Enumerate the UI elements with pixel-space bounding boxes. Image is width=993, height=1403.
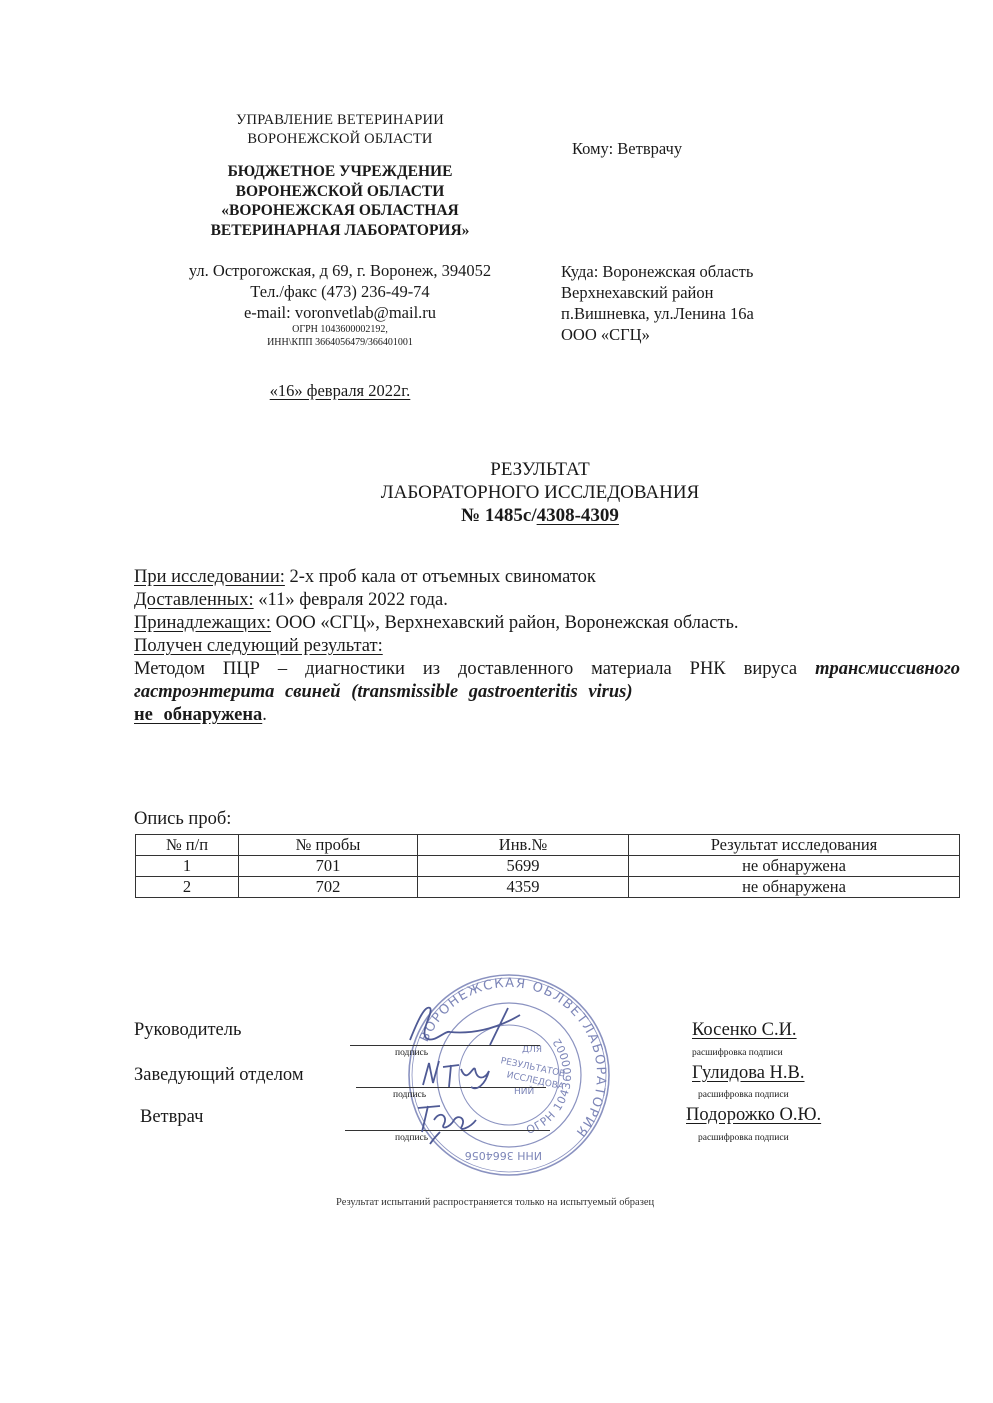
signature-scribble-head-icon xyxy=(390,1000,530,1050)
cell-inventory-number: 4359 xyxy=(418,877,629,898)
sender-address: ул. Острогожская, д 69, г. Воронеж, 3940… xyxy=(140,260,540,281)
signature-name-head: Косенко С.И. xyxy=(692,1020,797,1041)
sender-inn: ИНН\КПП 3664056479/366401001 xyxy=(140,336,540,349)
study-value: 2-х проб кала от отъемных свиноматок xyxy=(285,567,596,587)
document-date-wrap: «16» февраля 2022г. xyxy=(140,380,540,401)
result-number: № 1485с/4308-4309 xyxy=(320,504,760,527)
cell-inventory-number: 5699 xyxy=(418,856,629,877)
result-conclusion: не обнаружена xyxy=(134,705,262,725)
signature-role-vet: Ветврач xyxy=(140,1107,203,1128)
signature-role-department: Заведующий отделом xyxy=(134,1065,304,1086)
samples-caption: Опись проб: xyxy=(134,808,231,831)
result-heading-row: Получен следующий результат: xyxy=(134,635,960,658)
signature-decode-vet: расшифровка подписи xyxy=(698,1133,789,1143)
owner-label: Принадлежащих: xyxy=(134,613,271,633)
authority-header: УПРАВЛЕНИЕ ВЕТЕРИНАРИИ ВОРОНЕЖСКОЙ ОБЛАС… xyxy=(140,111,540,149)
signature-decode-head: расшифровка подписи xyxy=(692,1048,783,1058)
recipient-address: Куда: Воронежская область Верхнехавский … xyxy=(561,261,754,345)
delivered-value: «11» февраля 2022 года. xyxy=(254,590,448,610)
result-number-suffix: 4308-4309 xyxy=(537,505,619,526)
result-period: . xyxy=(262,705,267,725)
organization-name: БЮДЖЕТНОЕ УЧРЕЖДЕНИЕ ВОРОНЕЖСКОЙ ОБЛАСТИ… xyxy=(140,162,540,240)
cell-result: не обнаружена xyxy=(629,877,960,898)
org-line-1: БЮДЖЕТНОЕ УЧРЕЖДЕНИЕ xyxy=(140,162,540,182)
header-sample-number: № пробы xyxy=(239,835,418,856)
signature-scribble-department-icon xyxy=(415,1055,505,1095)
cell-index: 2 xyxy=(136,877,239,898)
cell-index: 1 xyxy=(136,856,239,877)
table-row: 2 702 4359 не обнаружена xyxy=(136,877,960,898)
owner-row: Принадлежащих: ООО «СГЦ», Верхнехавский … xyxy=(134,612,960,635)
sender-ogrn: ОГРН 1043600002192, xyxy=(140,323,540,336)
recipient-line-3: п.Вишневка, ул.Ленина 16а xyxy=(561,303,754,324)
org-line-2: ВОРОНЕЖСКОЙ ОБЛАСТИ xyxy=(140,182,540,202)
study-row: При исследовании: 2-х проб кала от отъем… xyxy=(134,566,960,589)
signature-scribble-vet-icon xyxy=(400,1098,490,1148)
sender-phone: Тел./факс (473) 236-49-74 xyxy=(140,281,540,302)
header-result: Результат исследования xyxy=(629,835,960,856)
authority-line-1: УПРАВЛЕНИЕ ВЕТЕРИНАРИИ xyxy=(140,111,540,130)
header-index: № п/п xyxy=(136,835,239,856)
signature-name-vet: Подорожко О.Ю. xyxy=(686,1105,821,1126)
recipient-line-1: Куда: Воронежская область xyxy=(561,261,754,282)
sender-contacts: ул. Острогожская, д 69, г. Воронеж, 3940… xyxy=(140,260,540,349)
result-number-prefix: № 1485с/ xyxy=(461,505,537,526)
footer-note: Результат испытаний распространяется тол… xyxy=(336,1197,654,1208)
cell-result: не обнаружена xyxy=(629,856,960,877)
org-line-3: «ВОРОНЕЖСКАЯ ОБЛАСТНАЯ xyxy=(140,201,540,221)
study-label: При исследовании: xyxy=(134,567,285,587)
authority-line-2: ВОРОНЕЖСКОЙ ОБЛАСТИ xyxy=(140,130,540,149)
recipient-to: Кому: Ветврачу xyxy=(572,138,682,159)
cell-sample-number: 702 xyxy=(239,877,418,898)
svg-text:ИНН 3664056: ИНН 3664056 xyxy=(465,1149,542,1162)
result-text: Методом ПЦР – диагностики из доставленно… xyxy=(134,659,815,679)
samples-table: № п/п № пробы Инв.№ Результат исследован… xyxy=(135,834,960,898)
owner-value: ООО «СГЦ», Верхнехавский район, Воронежс… xyxy=(271,613,739,633)
signature-name-department: Гулидова Н.В. xyxy=(692,1063,805,1084)
table-header-row: № п/п № пробы Инв.№ Результат исследован… xyxy=(136,835,960,856)
document-date: «16» февраля 2022г. xyxy=(270,381,411,400)
recipient-line-4: ООО «СГЦ» xyxy=(561,324,754,345)
document-title: РЕЗУЛЬТАТ ЛАБОРАТОРНОГО ИССЛЕДОВАНИЯ № 1… xyxy=(320,458,760,527)
delivered-row: Доставленных: «11» февраля 2022 года. xyxy=(134,589,960,612)
org-line-4: ВЕТЕРИНАРНАЯ ЛАБОРАТОРИЯ» xyxy=(140,221,540,241)
table-row: 1 701 5699 не обнаружена xyxy=(136,856,960,877)
result-paragraph: Методом ПЦР – диагностики из доставленно… xyxy=(134,658,960,727)
header-inventory-number: Инв.№ xyxy=(418,835,629,856)
title-line-2: ЛАБОРАТОРНОГО ИССЛЕДОВАНИЯ xyxy=(320,481,760,504)
signature-role-head: Руководитель xyxy=(134,1020,241,1041)
title-line-1: РЕЗУЛЬТАТ xyxy=(320,458,760,481)
signature-decode-department: расшифровка подписи xyxy=(698,1090,789,1100)
result-label: Получен следующий результат: xyxy=(134,636,383,656)
recipient-line-2: Верхнехавский район xyxy=(561,282,754,303)
delivered-label: Доставленных: xyxy=(134,590,254,610)
sender-email: e-mail: voronvetlab@mail.ru xyxy=(140,302,540,323)
study-details: При исследовании: 2-х проб кала от отъем… xyxy=(134,566,960,727)
cell-sample-number: 701 xyxy=(239,856,418,877)
